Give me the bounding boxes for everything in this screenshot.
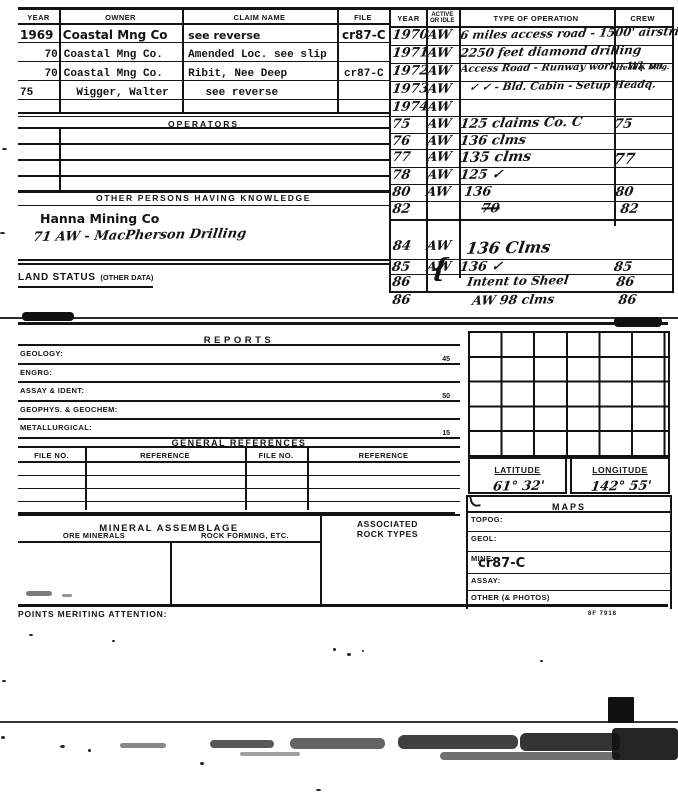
op-year: 1970 [391,27,428,45]
scan-artifact [0,232,5,234]
op-crew: 86 [617,292,675,310]
operation-row: 86 AW 98 clms 86 [391,293,672,310]
op-year: 1973 [391,81,428,99]
maps-row: ASSAY: [468,573,670,590]
operation-row: 82 70 82 [391,202,672,221]
noise-band [440,752,620,760]
claim-owner: Coastal Mng Co. [62,49,183,61]
op-crew: 80 [614,184,674,201]
bottom-thin-rule [0,721,678,723]
noise-band [120,743,166,748]
general-references-title: GENERAL REFERENCES [172,438,307,448]
operation-empty-row [391,221,672,239]
op-operation: Access Road - Runway work - Wk on [459,61,617,81]
claims-col-divider [337,10,339,112]
op-crew: 75 [613,116,674,133]
scan-artifact [347,653,351,656]
noise-band [210,740,274,748]
maps-row-label: ASSAY: [468,574,670,585]
operators-title: OPERATORS [18,112,389,129]
gr-col-divider [307,446,309,510]
operations-header-active-line2: OR IDLE [426,18,459,24]
operators-title-label: OPERATORS [168,119,239,129]
reports-row-num: 50 [442,393,450,400]
claim-owner: Coastal Mng Co. [62,68,183,80]
claim-year: 70 [18,49,62,61]
latitude-value: 61° 32' [470,478,567,495]
operation-row: 80 AW 136 80 [391,185,672,202]
operation-row: 75 AW 125 claims Co. C 75 [391,117,672,134]
op-crew: 86 [615,274,674,291]
op-year: 76 [391,133,428,149]
op-year: 80 [391,184,427,201]
op-year: 1972 [391,63,428,81]
claim-name: see reverse [185,87,342,99]
scan-artifact [2,680,6,682]
longitude-box: LONGITUDE 142° 55' [570,457,670,494]
scan-artifact [22,312,74,321]
reports-title: REPORTS [204,335,274,346]
black-square-artifact [608,697,634,723]
op-operation [459,97,616,116]
op-operation: 125 ✓ [459,165,616,184]
points-meriting-attention-label: POINTS MERITING ATTENTION: [18,609,167,619]
op-active: AW [426,82,456,99]
gr-header-reference-1: REFERENCE [85,448,245,461]
longitude-value: 142° 55' [572,478,670,495]
op-active: AW [426,167,461,184]
maps-row: GEOL: [468,531,670,551]
claims-header-claim: CLAIM NAME [182,10,337,23]
reports-row: GEOPHYS. & GEOCHEM: [18,402,460,421]
reports-row-label: ENGRG: [18,365,52,382]
operation-row: 1974 AW [391,100,672,117]
scan-artifact [26,591,52,596]
scan-artifact [333,648,336,651]
op-active [424,293,455,310]
blank-grid [468,331,670,459]
reports-row-label: GEOLOGY: [18,346,63,363]
reports-row-label: ASSAY & IDENT: [18,383,84,400]
claim-owner: Wigger, Walter [56,87,185,99]
claim-owner: Coastal Mng Co [60,28,182,42]
section-divider-rule [0,317,678,319]
claims-row: 70 Coastal Mng Co. Ribit, Nee Deep cr87-… [18,62,389,81]
op-operation: 136 clms [459,131,616,149]
claims-header-year: YEAR [18,10,59,23]
op-crew: 82 [619,201,674,219]
latitude-box: LATITUDE 61° 32' [468,457,567,494]
noise-band [612,728,678,760]
claim-year: 75 [18,87,56,99]
op-year: 1974 [391,99,428,116]
assoc-line2: ROCK TYPES [320,529,455,539]
reports-row-label: GEOPHYS. & GEOCHEM: [18,402,118,419]
operations-header-type: TYPE OF OPERATION [459,10,613,26]
op-year: 82 [391,201,425,219]
mineral-subheader-rule [18,541,320,543]
scan-artifact [29,634,33,636]
scan-artifact [88,749,91,752]
op-crew [613,167,674,184]
mineral-col-divider [320,515,322,607]
operators-rule [18,159,389,161]
op-active: AW [425,184,460,201]
op-crew [615,238,675,259]
op-operation-struck: 70 [452,199,622,219]
reports-row-num: 45 [442,356,450,363]
scan-artifact [540,660,543,662]
maps-row-label: OTHER (& PHOTOS) [468,591,670,602]
claims-row: 75 Wigger, Walter see reverse [18,81,389,100]
scan-artifact [316,789,321,791]
op-active: AW [426,133,461,149]
op-operation: ✓ ✓ - Bld. Cabin - Setup Headq. [454,79,626,99]
op-active: AW [426,27,461,45]
gr-col-divider [245,446,247,510]
operations-table: YEAR ACTIVE OR IDLE TYPE OF OPERATION CR… [391,10,672,310]
rock-forming-header: ROCK FORMING, ETC. [170,531,320,540]
gr-header-reference-2: REFERENCE [307,448,460,461]
noise-band [290,738,385,749]
maps-row: MINE: cr87-C [468,551,670,573]
maps-mine-value: cr87-C [478,556,670,571]
assoc-line1: ASSOCIATED [320,519,455,529]
other-persons-handwritten: 71 AW - MacPherson Drilling [32,224,392,245]
scan-artifact [2,148,7,150]
op-crew [613,99,674,116]
reports-title-row: REPORTS [18,330,460,346]
op-year: 86 [391,292,426,310]
op-active: AW [426,116,461,133]
maps-row-label: GEOL: [468,532,670,543]
maps-section: MAPS TOPOG: GEOL: MINE: cr87-C ASSAY: OT… [466,495,672,609]
claims-table: YEAR OWNER CLAIM NAME FILE 1969 Coastal … [18,10,389,117]
scan-artifact [60,745,65,748]
op-crew [613,133,674,149]
claims-header-owner: OWNER [59,10,182,23]
operations-header-active: ACTIVE OR IDLE [426,10,459,26]
claims-col-divider [182,10,184,112]
bottom-section-rule [18,604,668,607]
op-operation: 135 clms [459,147,616,167]
claims-header-file: FILE [337,10,389,23]
operation-row: 78 AW 125 ✓ [391,168,672,185]
operations-header-year: YEAR [391,10,426,26]
scanned-mining-claim-form: YEAR OWNER CLAIM NAME FILE 1969 Coastal … [0,0,678,810]
op-operation: 2250 feet diamond drilling [459,43,617,63]
maps-title: MAPS [552,502,586,512]
scan-artifact [112,640,115,642]
other-persons-bottom-rule [18,259,389,261]
longitude-label: LONGITUDE [592,465,647,475]
gr-header-fileno-2: FILE NO. [245,448,307,461]
claim-file: cr87-C [339,28,389,42]
noise-band [398,735,518,749]
claim-year: 70 [18,68,62,80]
operators-rule [18,175,389,177]
maps-row-label: TOPOG: [468,513,670,524]
operation-row: 76 AW 136 clms [391,134,672,150]
op-operation: 136 ✓ [459,257,616,274]
mineral-col-divider [170,541,172,607]
section-divider-rule2 [18,322,668,325]
scan-artifact [1,736,5,739]
op-operation: 136 Clms [457,236,618,259]
op-active: AW [426,149,461,167]
op-crew: 85 [613,259,674,274]
op-active: AW [426,99,461,116]
scan-artifact [62,594,72,597]
claims-header-row: YEAR OWNER CLAIM NAME FILE [18,10,389,25]
op-year: 75 [391,116,428,133]
maps-title-row: MAPS [468,497,670,511]
op-operation: Intent to Sheel [456,272,618,291]
op-crew: 77 [613,149,674,167]
land-status-label: LAND STATUS [18,272,96,283]
op-year: 77 [391,149,428,167]
op-active: AW [426,45,461,63]
op-year: 86 [391,274,427,291]
claims-row: 1969 Coastal Mng Co see reverse cr87-C [18,25,389,43]
reports-section: REPORTS GEOLOGY: 45 ENGRG: ASSAY & IDENT… [18,330,460,439]
scan-artifact [200,762,204,765]
claim-name: Amended Loc. see slip [183,49,338,61]
other-persons-title: OTHER PERSONS HAVING KNOWLEDGE [18,193,389,206]
gr-header-fileno-1: FILE NO. [18,448,85,461]
operation-row: 1973 AW ✓ ✓ - Bld. Cabin - Setup Headq. [391,82,672,100]
op-operation: 125 claims Co. C [459,114,616,133]
latitude-label: LATITUDE [494,465,540,475]
gr-col-divider [85,446,87,510]
noise-band [520,733,620,751]
op-operation: 6 miles access road - 1500' airstrip [459,25,617,45]
form-number: 8F 7918 [588,611,617,617]
claim-year: 1969 [18,28,60,42]
op-crew [623,81,675,99]
land-status-heading: LAND STATUS (OTHER DATA) [18,267,153,288]
operators-rule [18,143,389,145]
claim-file: cr87-C [339,68,389,80]
claim-name: Ribit, Nee Deep [183,68,338,80]
land-status-sub-label: (OTHER DATA) [100,273,153,282]
op-operation: 136 [457,182,617,201]
reports-row: ENGRG: [18,365,460,384]
other-persons-section: OTHER PERSONS HAVING KNOWLEDGE Hanna Min… [18,193,389,245]
reports-row: ASSAY & IDENT: 50 [18,383,460,402]
operators-col-divider [59,129,61,190]
op-year: 85 [391,259,428,274]
op-operation: AW 98 clms [455,290,619,310]
op-year: 1971 [391,45,428,63]
op-year: 84 [391,238,428,259]
op-year: 78 [391,167,428,184]
associated-rock-types-header: ASSOCIATED ROCK TYPES [320,519,455,539]
op-active: AW [426,63,461,81]
mineral-assemblage-section: MINERAL ASSEMBLAGE ASSOCIATED ROCK TYPES… [18,512,455,607]
scan-artifact [614,317,662,327]
ore-minerals-header: ORE MINERALS [18,531,170,540]
scan-artifact [362,650,364,652]
operation-row: 77 AW 135 clms 77 [391,150,672,168]
other-persons-bottom-rule2 [18,263,389,265]
claim-name: see reverse [182,29,338,42]
maps-row: TOPOG: [468,511,670,531]
op-active [422,201,454,219]
noise-band [240,752,300,756]
reports-row: GEOLOGY: 45 [18,346,460,365]
operators-section: OPERATORS [18,112,389,129]
claims-row: 70 Coastal Mng Co. Amended Loc. see slip [18,43,389,62]
claims-col-divider [59,10,61,112]
